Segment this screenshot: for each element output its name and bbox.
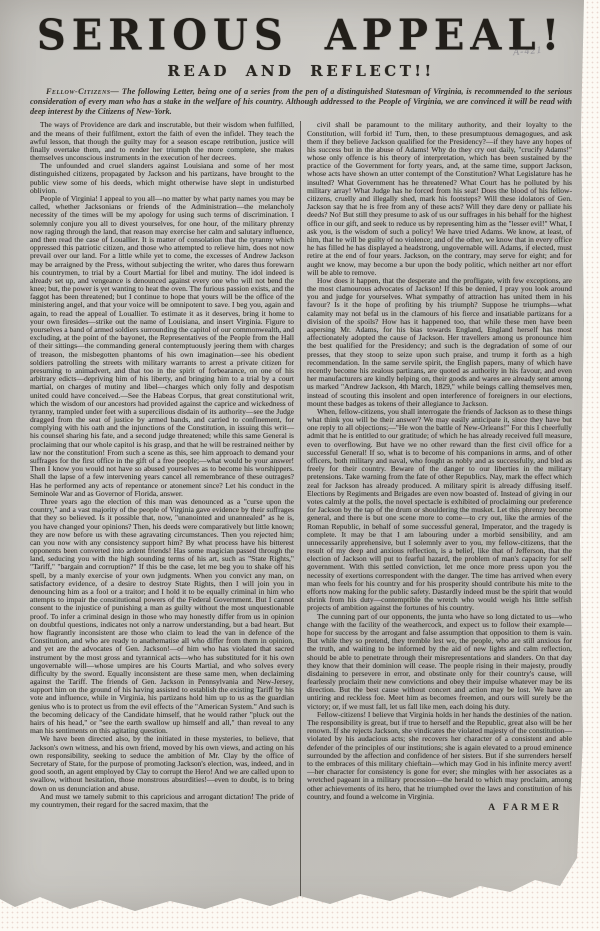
- body-paragraph: The cunning part of our opponents, the j…: [307, 613, 572, 711]
- body-paragraph: And must we tamely submit to this capric…: [30, 793, 294, 809]
- right-column: civil shall be paramount to the military…: [301, 121, 572, 911]
- intro-paragraph: Fellow-Citizens— The following Letter, b…: [30, 87, 572, 116]
- body-paragraph: How does it happen, that the desperate a…: [307, 277, 572, 408]
- broadside-content: SERIOUS APPEAL! READ AND REFLECT!! Fello…: [30, 12, 572, 911]
- body-paragraph: When, fellow-citizens, you shall interro…: [307, 408, 572, 613]
- body-paragraph: The unfounded and cruel slanders against…: [30, 162, 294, 195]
- left-column: The ways of Providence are dark and insc…: [30, 121, 301, 911]
- scan-background: { "doc": { "title": "SERIOUS APPEAL!", "…: [0, 0, 600, 931]
- page-title: SERIOUS APPEAL!: [30, 11, 572, 60]
- broadside-paper: A-421 SERIOUS APPEAL! READ AND REFLECT!!…: [0, 0, 600, 912]
- body-paragraph: civil shall be paramount to the military…: [307, 121, 572, 277]
- body-paragraph: We have been directed also, by the initi…: [30, 735, 294, 792]
- body-paragraph: Three years ago the election of this man…: [30, 498, 294, 735]
- two-column-body: The ways of Providence are dark and insc…: [30, 121, 572, 911]
- body-paragraph: The ways of Providence are dark and insc…: [30, 121, 294, 162]
- body-paragraph: People of Virginia! I appeal to you all—…: [30, 195, 294, 498]
- body-paragraph: Fellow-citizens! I believe that Virginia…: [307, 711, 572, 801]
- signature: A FARMER: [307, 803, 562, 813]
- page-subtitle: READ AND REFLECT!!: [30, 62, 572, 80]
- intro-salutation: Fellow-Citizens—: [46, 87, 119, 96]
